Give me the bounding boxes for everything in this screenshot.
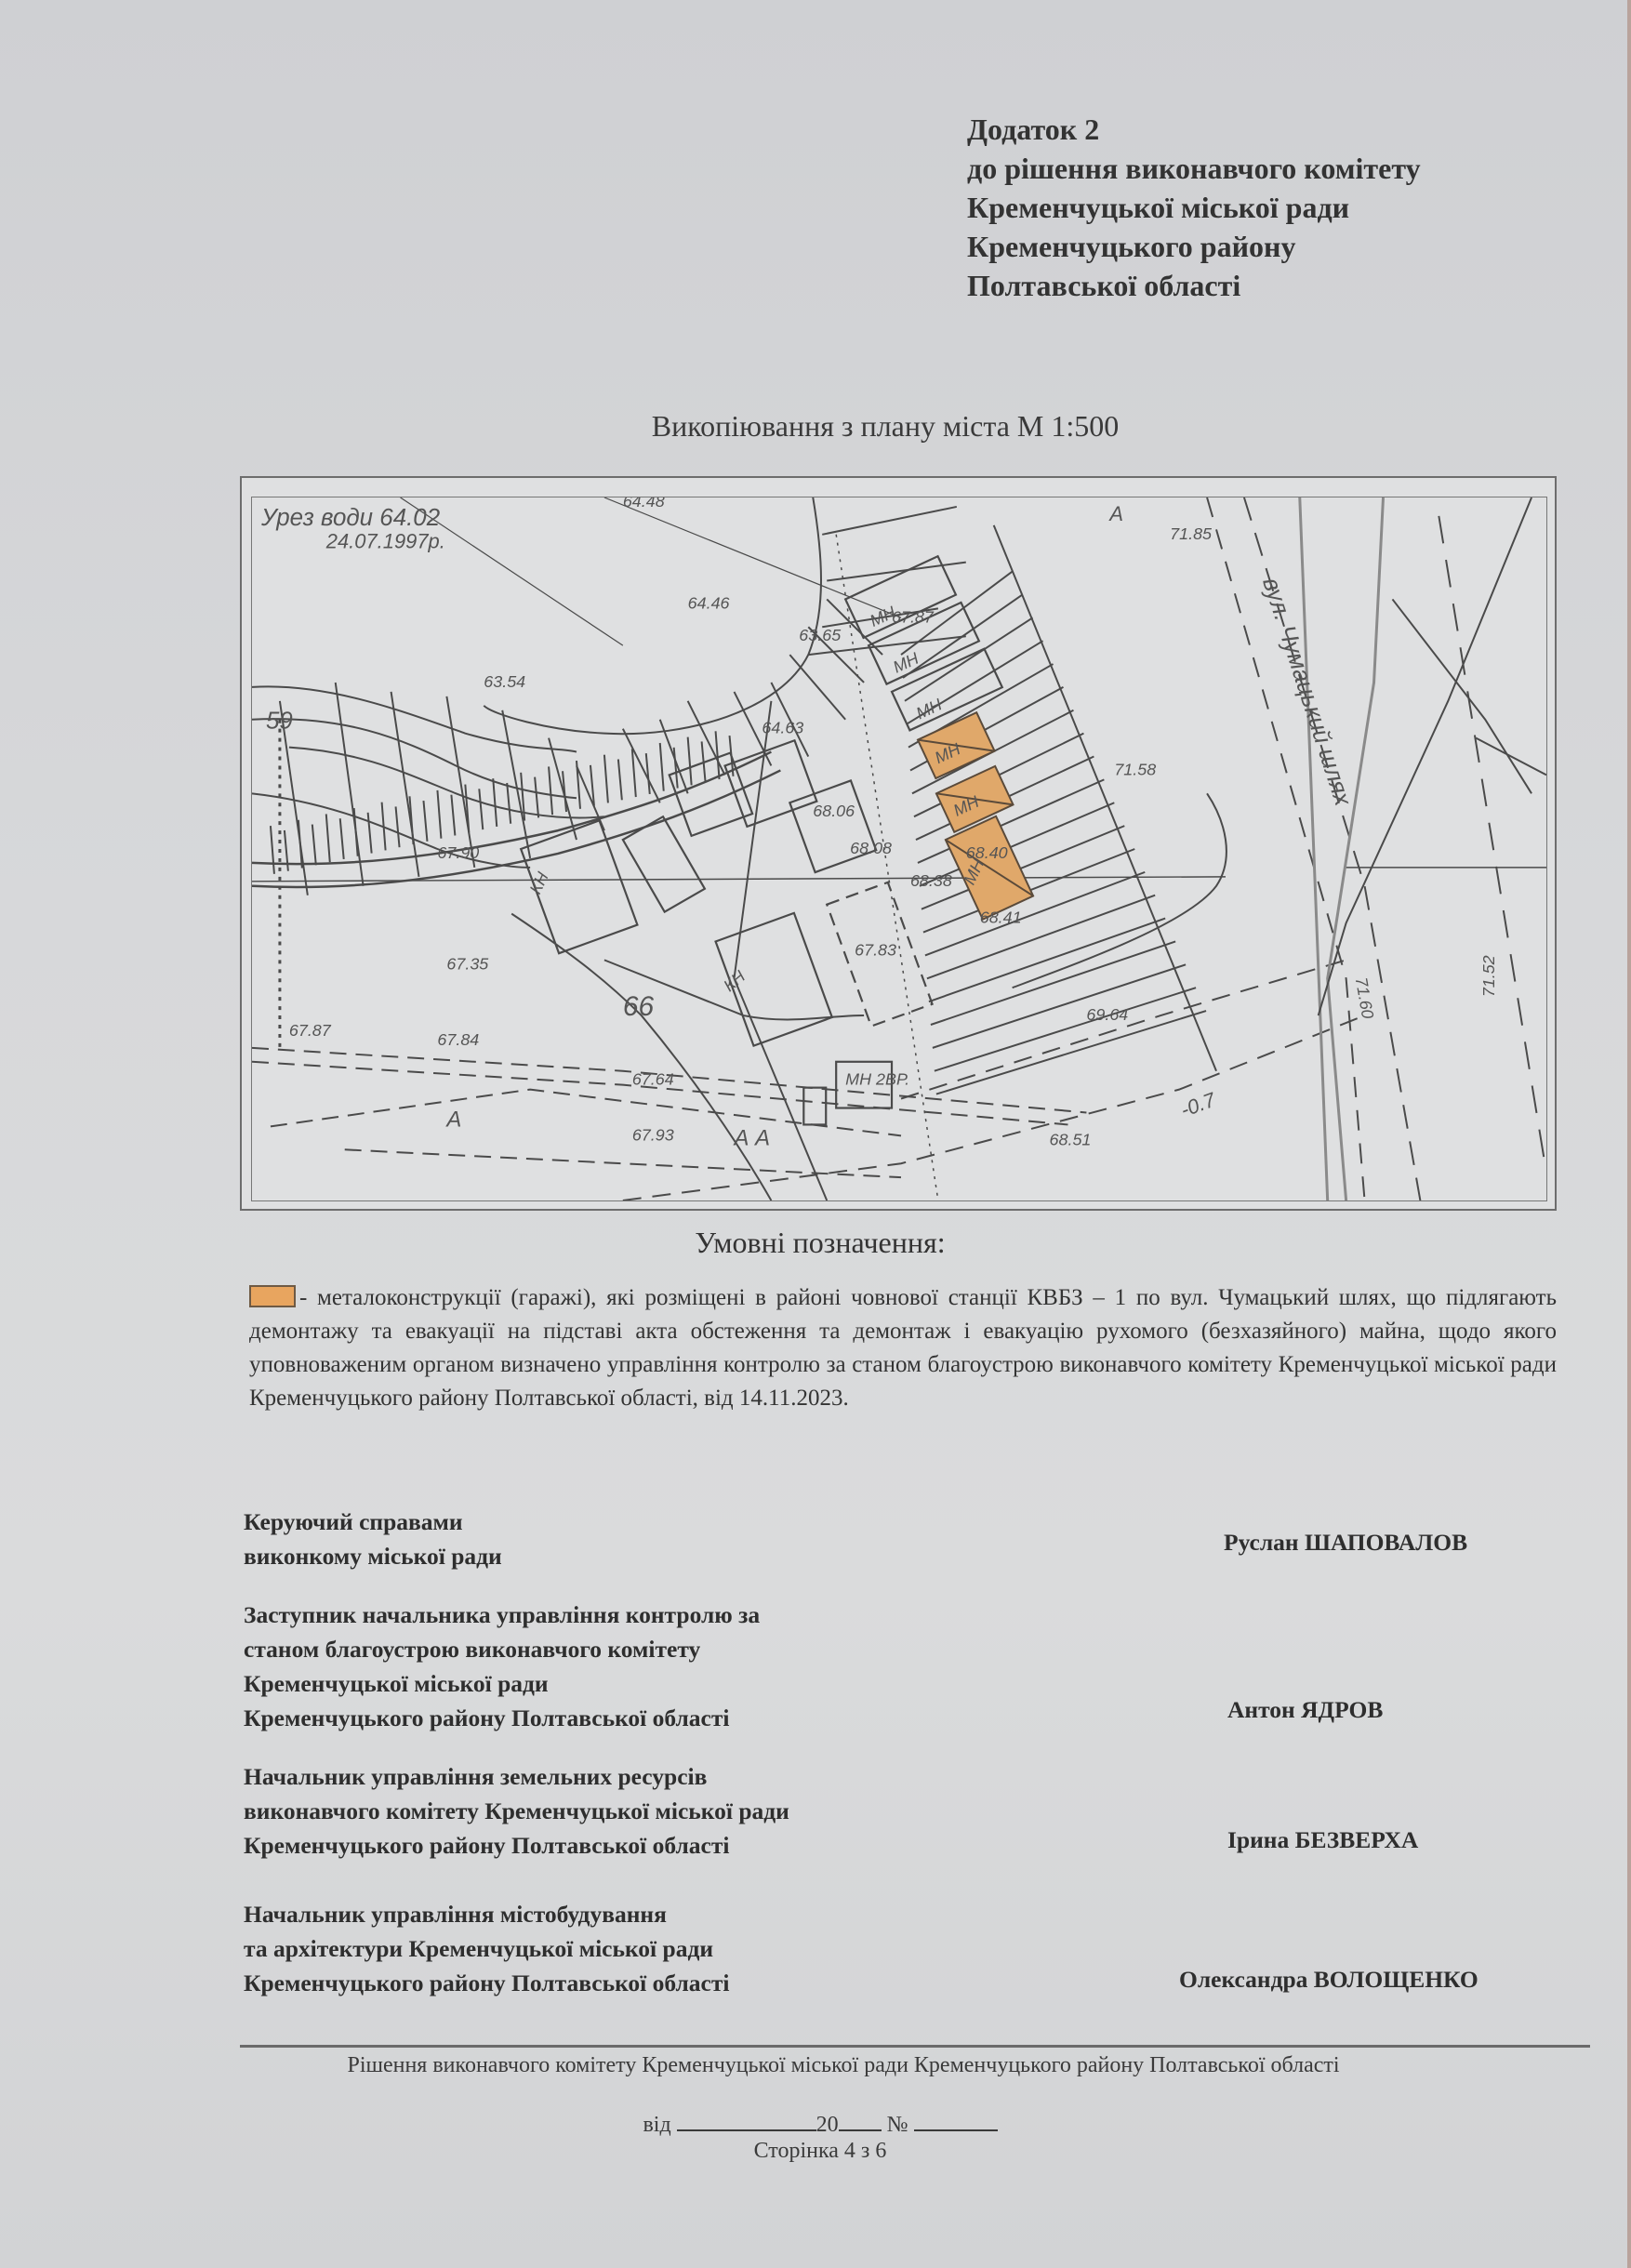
signatory-name-2: Антон ЯДРОВ [1227, 1696, 1383, 1724]
svg-text:67.90: 67.90 [437, 843, 479, 862]
signatory-name-4: Олександра ВОЛОЩЕНКО [1179, 1966, 1479, 1994]
footer-date-line: від 20 № [0, 2111, 1631, 2138]
svg-text:68.08: 68.08 [850, 839, 892, 857]
signature-block-1-position: Керуючий справами виконкому міської ради [244, 1505, 502, 1573]
svg-text:24.07.1997р.: 24.07.1997р. [325, 530, 445, 553]
year-blank [839, 2111, 882, 2131]
svg-text:71.85: 71.85 [1170, 524, 1212, 543]
signatory-name-1: Руслан ШАПОВАЛОВ [1224, 1529, 1467, 1557]
svg-text:68.06: 68.06 [813, 802, 855, 820]
position-line: Кременчуцької міської ради [244, 1666, 760, 1701]
svg-text:67.35: 67.35 [446, 954, 488, 973]
svg-text:67.64: 67.64 [632, 1070, 674, 1089]
svg-text:69.64: 69.64 [1086, 1005, 1128, 1024]
svg-text:А А: А А [733, 1125, 771, 1150]
svg-text:68.41: 68.41 [980, 909, 1022, 927]
header-line: Полтавської області [967, 266, 1421, 305]
map-canvas: Урез води 64.0224.07.1997р.вул. Чумацьки… [251, 497, 1547, 1201]
date-blank [677, 2111, 816, 2131]
svg-text:67.84: 67.84 [437, 1030, 479, 1049]
position-line: та архітектури Кременчуцької міської рад… [244, 1931, 730, 1966]
position-line: Кременчуцького району Полтавської област… [244, 1828, 789, 1863]
signature-block-3-position: Начальник управління земельних ресурсів … [244, 1759, 789, 1863]
svg-text:64.48: 64.48 [623, 497, 665, 511]
svg-text:68.51: 68.51 [1050, 1130, 1092, 1148]
signatory-name-3: Ірина БЕЗВЕРХА [1227, 1826, 1418, 1854]
city-plan-map: Урез води 64.0224.07.1997р.вул. Чумацьки… [240, 476, 1557, 1211]
position-line: станом благоустрою виконавчого комітету [244, 1632, 760, 1666]
svg-text:67.83: 67.83 [855, 940, 896, 959]
header-line: Кременчуцької міської ради [967, 188, 1421, 227]
legend-text: - металоконструкції (гаражі), які розміщ… [249, 1285, 1557, 1411]
header-line: до рішення виконавчого комітету [967, 149, 1421, 188]
signature-block-4-position: Начальник управління містобудування та а… [244, 1897, 730, 2000]
paper-edge [1627, 0, 1631, 2268]
position-line: Начальник управління земельних ресурсів [244, 1759, 789, 1794]
signature-block-2-position: Заступник начальника управління контролю… [244, 1598, 760, 1735]
svg-text:63.54: 63.54 [484, 672, 525, 691]
legend-swatch-metal-structures [249, 1285, 296, 1307]
legend-title: Умовні позначення: [0, 1226, 1631, 1260]
header-line: Додаток 2 [967, 110, 1421, 149]
position-line: виконавчого комітету Кременчуцької міськ… [244, 1794, 789, 1828]
svg-text:МН: МН [890, 649, 922, 677]
svg-text:71.52: 71.52 [1479, 955, 1498, 997]
legend: - металоконструкції (гаражі), які розміщ… [249, 1281, 1557, 1415]
page-number: Сторінка 4 з 6 [0, 2139, 1631, 2164]
svg-text:Урез води 64.02: Урез води 64.02 [260, 505, 441, 531]
number-sign: № [887, 2113, 908, 2137]
position-line: Керуючий справами [244, 1505, 502, 1539]
position-line: Кременчуцького району Полтавської област… [244, 1701, 760, 1735]
svg-text:68.38: 68.38 [910, 871, 952, 890]
svg-text:71.58: 71.58 [1114, 760, 1156, 778]
position-line: виконкому міської ради [244, 1539, 502, 1573]
footer-divider [240, 2045, 1590, 2048]
document-page: Додаток 2 до рішення виконавчого комітет… [0, 0, 1631, 2268]
svg-text:59: 59 [266, 709, 293, 735]
svg-text:71.60: 71.60 [1352, 975, 1378, 1020]
svg-text:КН: КН [720, 967, 749, 995]
svg-text:67.87: 67.87 [892, 607, 935, 626]
year-prefix: 20 [816, 2113, 839, 2137]
date-prefix: від [643, 2113, 670, 2137]
svg-text:МН: МН [913, 695, 945, 723]
svg-text:64.46: 64.46 [688, 593, 730, 612]
header-line: Кременчуцького району [967, 227, 1421, 266]
position-line: Заступник начальника управління контролю… [244, 1598, 760, 1632]
svg-text:вул. Чумацький шлях: вул. Чумацький шлях [1257, 575, 1356, 810]
position-line: Кременчуцького району Полтавської област… [244, 1966, 730, 2000]
map-drawing: Урез води 64.0224.07.1997р.вул. Чумацьки… [252, 497, 1546, 1200]
svg-text:63.65: 63.65 [799, 626, 841, 644]
svg-text:-0.7: -0.7 [1177, 1088, 1219, 1122]
svg-text:67.87: 67.87 [289, 1021, 332, 1040]
appendix-header: Додаток 2 до рішення виконавчого комітет… [967, 110, 1421, 305]
svg-text:66: 66 [623, 991, 655, 1022]
number-blank [914, 2111, 998, 2131]
svg-text:64.63: 64.63 [762, 719, 803, 737]
footer-decision-text: Рішення виконавчого комітету Кременчуцьк… [0, 2053, 1631, 2078]
svg-text:МН 2ВР.: МН 2ВР. [845, 1070, 909, 1089]
map-title: Викопіювання з плану міста М 1:500 [0, 409, 1631, 444]
svg-text:А: А [1107, 502, 1123, 525]
svg-text:67.93: 67.93 [632, 1125, 674, 1144]
position-line: Начальник управління містобудування [244, 1897, 730, 1931]
svg-text:А: А [444, 1107, 461, 1132]
